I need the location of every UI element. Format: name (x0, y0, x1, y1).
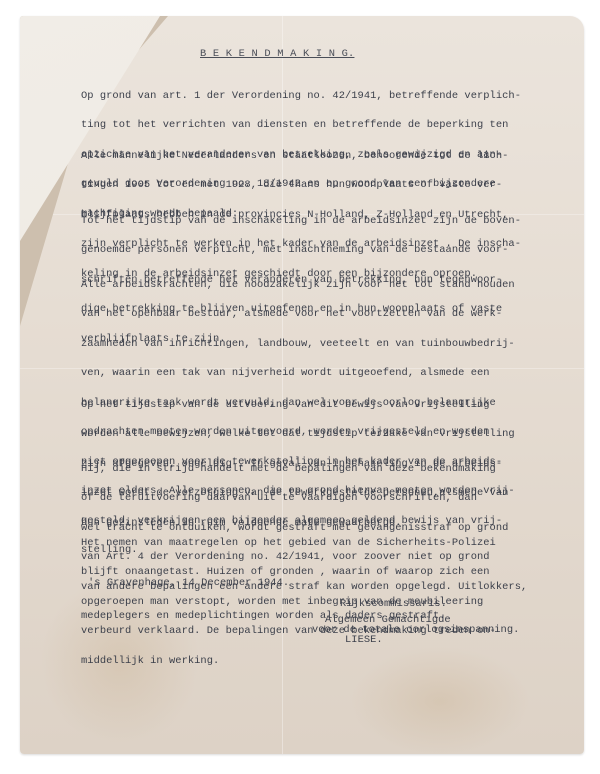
signature-title: Rijkscommissaris. (340, 600, 447, 610)
text-line: Hij, die in strijd handelt met de bepali… (81, 465, 527, 475)
text-line: zaamheden van inrichtingen, landbouw, ve… (81, 340, 515, 350)
text-line: ven, waarin een tak van nijverheid wordt… (81, 369, 515, 379)
text-line: Op grond van art. 1 der Verordening no. … (81, 92, 521, 102)
text-line: worden alle bewijzen, welke tot dat tijd… (81, 430, 515, 440)
signature-office-scope: voor de totale oorlogsinspanning. (312, 626, 519, 636)
text-line: ting tot het verrichten van diensten en … (81, 121, 521, 131)
text-line: Alle mannelijke Nederlanders en staatloo… (81, 152, 521, 162)
text-line: Het nemen van maatregelen op het gebied … (81, 539, 496, 549)
document-title: B E K E N D M A K I N G. (200, 50, 354, 60)
place-and-date: 's Gravenhage, 14 December 1944. (88, 579, 289, 589)
text-line: Tot het tijdstip van de inschakeling in … (81, 217, 521, 227)
text-line: Op het tijdstip van de uitvoering van di… (81, 401, 515, 411)
text-line: genoemde personen verplicht, met inachtn… (81, 246, 521, 256)
signature-name: LIESE. (345, 636, 383, 646)
text-line: van het openbaar bestuur, alsmede voor h… (81, 310, 515, 320)
text-line: middellijk in werking. (81, 657, 496, 667)
text-line: of de teruitvoering daarvan uit te vaard… (81, 494, 527, 504)
notice-document: B E K E N D M A K I N G. Op grond van ar… (0, 0, 600, 774)
text-line: Alle arbeidskrachten, die noodzakelijk z… (81, 281, 515, 291)
title-text: B E K E N D M A K I N G. (200, 48, 354, 60)
text-line: tingen 1905 tot en met 1928, die thans h… (81, 181, 521, 191)
